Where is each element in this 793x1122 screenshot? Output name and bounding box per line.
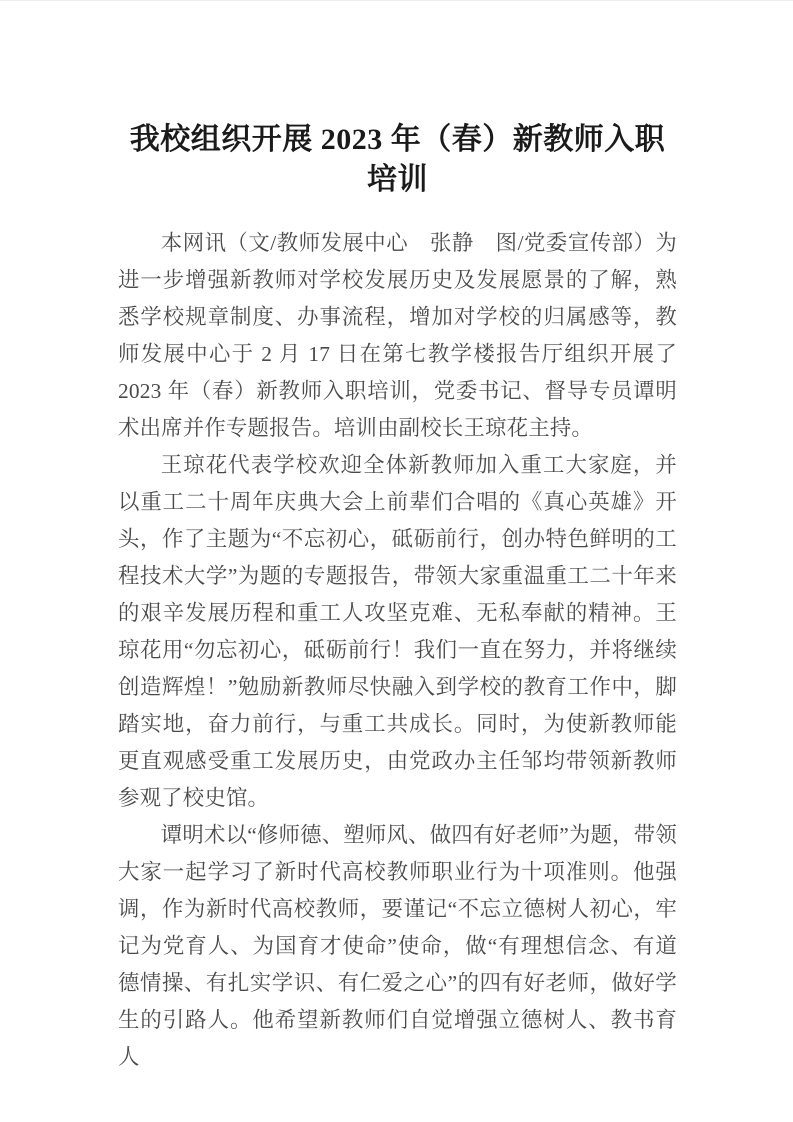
article-title: 我校组织开展 2023 年（春）新教师入职培训 [118,120,677,200]
article-paragraph-2: 王琼花代表学校欢迎全体新教师加入重工大家庭，并以重工二十周年庆典大会上前辈们合唱… [118,447,677,817]
article-paragraph-3: 谭明术以“修师德、塑师风、做四有好老师”为题，带领大家一起学习了新时代高校教师职… [118,817,677,1076]
article-paragraph-1: 本网讯（文/教师发展中心 张静 图/党委宣传部）为进一步增强新教师对学校发展历史… [118,225,677,447]
document-page: 我校组织开展 2023 年（春）新教师入职培训 本网讯（文/教师发展中心 张静 … [0,0,793,1122]
